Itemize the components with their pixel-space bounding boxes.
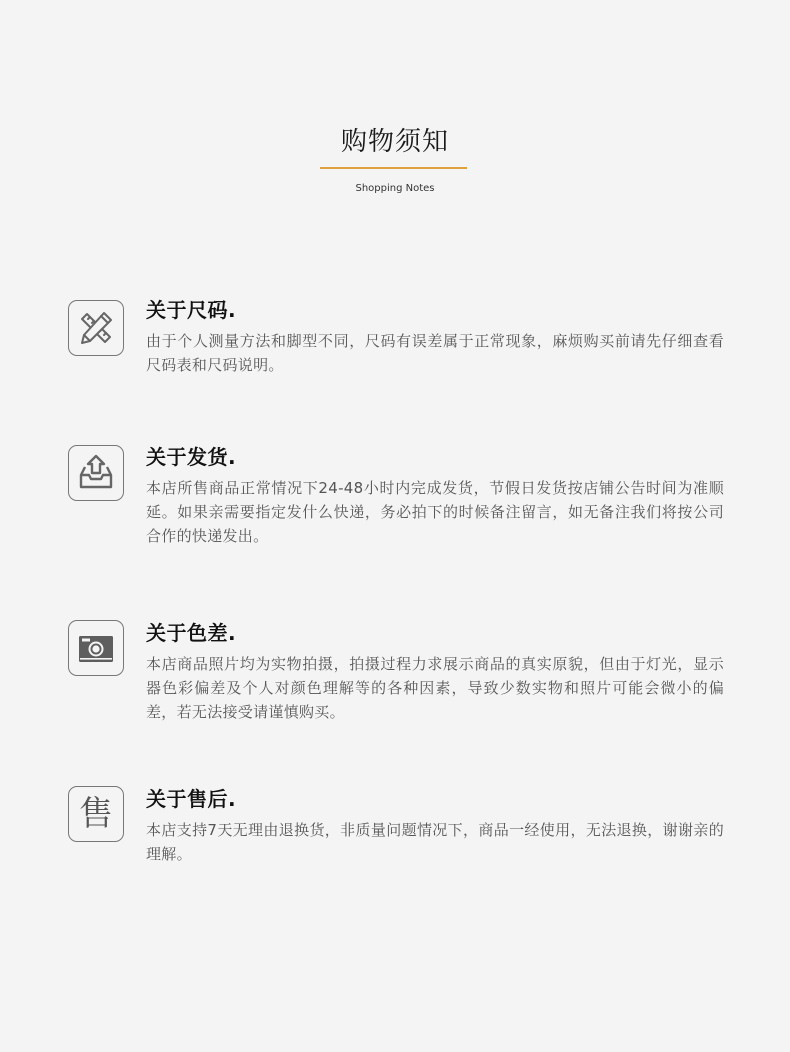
section-body: 由于个人测量方法和脚型不同，尺码有误差属于正常现象，麻烦购买前请先仔细查看尺码表… bbox=[146, 329, 724, 377]
camera-icon bbox=[76, 628, 116, 668]
section-title: 关于色差. bbox=[146, 620, 236, 646]
section-title: 关于售后. bbox=[146, 786, 236, 812]
section-body: 本店所售商品正常情况下24-48小时内完成发货，节假日发货按店铺公告时间为准顺延… bbox=[146, 476, 724, 548]
inbox-upload-icon-box bbox=[68, 445, 124, 501]
page-title: 购物须知 bbox=[0, 124, 790, 160]
title-divider bbox=[320, 167, 467, 169]
section-body: 本店商品照片均为实物拍摄，拍摄过程力求展示商品的真实原貌，但由于灯光，显示器色彩… bbox=[146, 652, 724, 724]
inbox-upload-icon bbox=[76, 453, 116, 493]
section-body: 本店支持7天无理由退换货，非质量问题情况下，商品一经使用，无法退换，谢谢亲的理解… bbox=[146, 818, 724, 866]
after-sale-icon: 售 bbox=[79, 797, 113, 831]
section-title: 关于发货. bbox=[146, 444, 236, 470]
section-title: 关于尺码. bbox=[146, 297, 236, 323]
pencil-ruler-icon-box bbox=[68, 300, 124, 356]
page-subtitle: Shopping Notes bbox=[0, 182, 790, 196]
after-sale-icon-box: 售 bbox=[68, 786, 124, 842]
pencil-ruler-icon bbox=[76, 308, 116, 348]
camera-icon-box bbox=[68, 620, 124, 676]
